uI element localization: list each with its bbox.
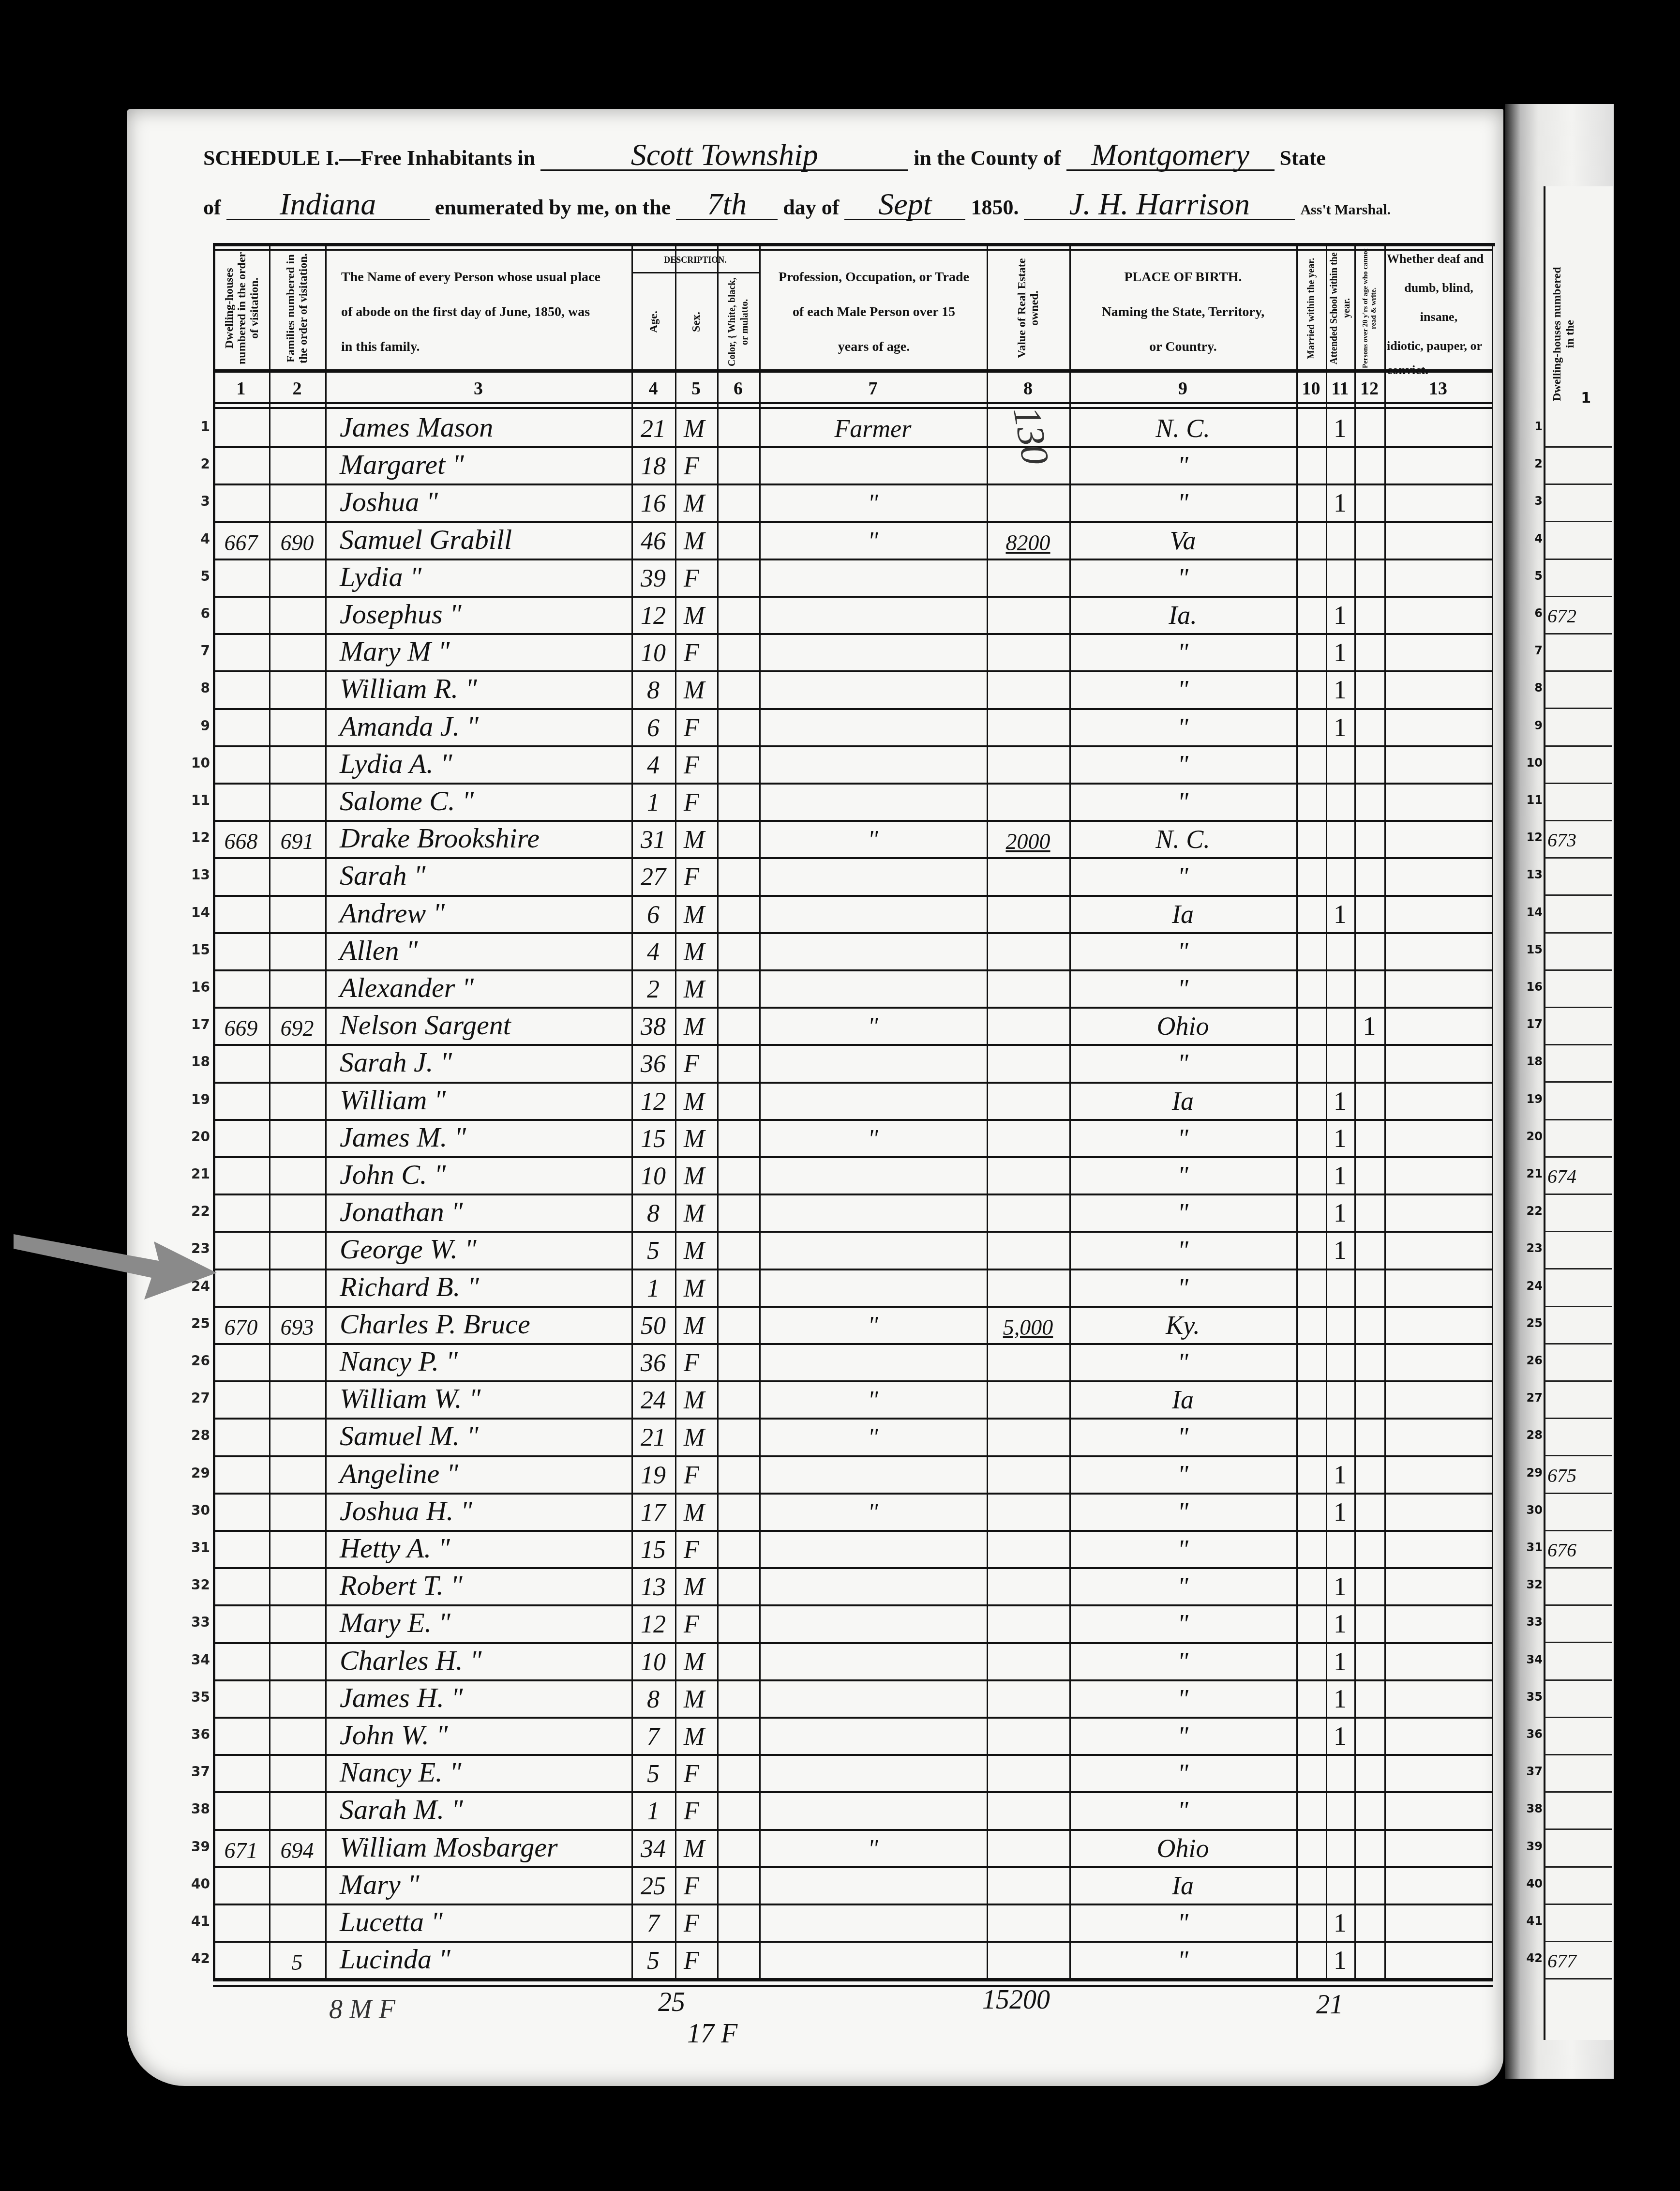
cell-name: Mary E. " [325, 1604, 631, 1642]
cell-name: James Mason [325, 409, 631, 446]
cell-married [1296, 1418, 1326, 1455]
cell-illiterate [1354, 559, 1384, 596]
footer-tally-mid: 17 F [687, 2018, 737, 2049]
cell-occupation [759, 1044, 987, 1081]
cell-dwelling [213, 895, 269, 932]
cell-value: 5,000 [987, 1306, 1069, 1343]
cell-school [1326, 446, 1354, 484]
cell-occupation [759, 446, 987, 484]
cell-name: Nancy P. " [325, 1343, 631, 1380]
cell-name: Lydia A. " [325, 745, 631, 783]
cell-sex: M [675, 1306, 717, 1343]
cell-dwelling [213, 1941, 269, 1978]
cell-married [1296, 559, 1326, 596]
cell-age: 4 [631, 932, 675, 969]
cell-family [269, 895, 325, 932]
header-school: Attended School within the year. [1327, 248, 1353, 369]
adjacent-row-rule [1545, 1604, 1612, 1606]
adjacent-line-number: 23 [1519, 1241, 1543, 1255]
adjacent-row-rule [1545, 969, 1612, 971]
line-number: 26 [180, 1353, 210, 1369]
cell-school: 1 [1326, 1941, 1354, 1978]
cell-age: 46 [631, 521, 675, 559]
cell-illiterate [1354, 857, 1384, 894]
header-sex: Sex. [676, 276, 716, 368]
cell-school: 1 [1326, 1604, 1354, 1642]
column-number: 9 [1069, 375, 1296, 402]
line-number: 15 [180, 942, 210, 958]
cell-sex: M [675, 932, 717, 969]
cell-family: 692 [269, 1007, 325, 1044]
cell-dwelling [213, 1343, 269, 1380]
header-condition: Whether deaf and dumb, blind, insane, id… [1387, 259, 1491, 365]
cell-condition [1384, 484, 1492, 521]
cell-age: 10 [631, 1642, 675, 1679]
cell-school: 1 [1326, 1642, 1354, 1679]
cell-married [1296, 1493, 1326, 1530]
line-number: 34 [180, 1652, 210, 1668]
column-number: 7 [759, 375, 987, 402]
cell-dwelling [213, 745, 269, 783]
cell-dwelling [213, 932, 269, 969]
county-label: in the County of [914, 146, 1061, 170]
adjacent-line-number: 39 [1519, 1840, 1543, 1853]
adjacent-dwelling-value: 676 [1547, 1539, 1576, 1561]
cell-dwelling [213, 484, 269, 521]
cell-dwelling [213, 1231, 269, 1268]
cell-illiterate [1354, 1380, 1384, 1418]
state-field: Indiana [226, 190, 430, 220]
cell-sex: F [675, 1754, 717, 1791]
cell-dwelling [213, 1754, 269, 1791]
cell-name: Sarah M. " [325, 1791, 631, 1828]
column-number: 3 [325, 375, 631, 402]
header-family: Families numbered in the order of visita… [270, 248, 324, 369]
cell-married [1296, 1530, 1326, 1567]
month-field: Sept [844, 190, 965, 220]
cell-married [1296, 1231, 1326, 1268]
cell-illiterate [1354, 1717, 1384, 1754]
cell-family [269, 1679, 325, 1717]
adjacent-row-rule [1545, 708, 1612, 709]
line-number: 2 [180, 456, 210, 472]
cell-age: 10 [631, 633, 675, 670]
line-number: 19 [180, 1091, 210, 1107]
cell-name: Sarah " [325, 857, 631, 894]
cell-condition [1384, 1642, 1492, 1679]
cell-condition [1384, 1493, 1492, 1530]
cell-birthplace: Ky. [1069, 1306, 1296, 1343]
cell-married [1296, 1941, 1326, 1978]
cell-sex: F [675, 1455, 717, 1493]
header-top-rule [213, 243, 1495, 246]
cell-condition [1384, 1418, 1492, 1455]
cell-illiterate [1354, 1679, 1384, 1717]
cell-illiterate [1354, 409, 1384, 446]
cell-married [1296, 1717, 1326, 1754]
cell-birthplace: " [1069, 1941, 1296, 1978]
cell-dwelling [213, 446, 269, 484]
cell-family [269, 783, 325, 820]
cell-name: Richard B. " [325, 1269, 631, 1306]
cell-family [269, 446, 325, 484]
cell-school [1326, 820, 1354, 857]
adjacent-line-number: 38 [1519, 1802, 1543, 1815]
cell-married [1296, 1082, 1326, 1119]
cell-birthplace: " [1069, 1754, 1296, 1791]
cell-illiterate [1354, 1082, 1384, 1119]
cell-school: 1 [1326, 1455, 1354, 1493]
cell-married [1296, 1156, 1326, 1194]
cell-illiterate [1354, 1567, 1384, 1604]
line-number: 12 [180, 830, 210, 846]
cell-occupation: " [759, 1418, 987, 1455]
line-number: 5 [180, 568, 210, 584]
line-number: 27 [180, 1390, 210, 1406]
cell-family [269, 1194, 325, 1231]
cell-dwelling [213, 1418, 269, 1455]
cell-value [987, 783, 1069, 820]
cell-sex: M [675, 1567, 717, 1604]
cell-condition [1384, 1754, 1492, 1791]
cell-name: Alexander " [325, 969, 631, 1007]
cell-sex: M [675, 1119, 717, 1156]
cell-occupation [759, 633, 987, 670]
column-number: 8 [987, 375, 1069, 402]
cell-value [987, 1493, 1069, 1530]
cell-value [987, 1269, 1069, 1306]
adjacent-row-rule [1545, 857, 1612, 859]
cell-value [987, 670, 1069, 708]
cell-condition [1384, 1044, 1492, 1081]
cell-age: 36 [631, 1044, 675, 1081]
cell-value [987, 1530, 1069, 1567]
marshal-label: Ass't Marshal. [1300, 202, 1391, 218]
cell-condition [1384, 670, 1492, 708]
line-number: 29 [180, 1465, 210, 1481]
cell-value [987, 1941, 1069, 1978]
cell-married [1296, 1567, 1326, 1604]
pointer-arrow-icon [14, 1215, 217, 1302]
cell-family [269, 1604, 325, 1642]
cell-married [1296, 1343, 1326, 1380]
cell-sex: M [675, 1269, 717, 1306]
cell-condition [1384, 633, 1492, 670]
line-number: 40 [180, 1876, 210, 1892]
cell-occupation [759, 1604, 987, 1642]
cell-birthplace: Ohio [1069, 1829, 1296, 1866]
adjacent-row-rule [1545, 1530, 1612, 1531]
cell-married [1296, 1007, 1326, 1044]
cell-condition [1384, 1679, 1492, 1717]
county-field: Montgomery [1066, 140, 1275, 171]
cell-birthplace: Ia [1069, 1082, 1296, 1119]
cell-dwelling [213, 1642, 269, 1679]
adjacent-line-number: 32 [1519, 1578, 1543, 1591]
cell-illiterate [1354, 484, 1384, 521]
adjacent-line-number: 37 [1519, 1765, 1543, 1778]
cell-age: 2 [631, 969, 675, 1007]
cell-illiterate [1354, 670, 1384, 708]
cell-occupation [759, 1642, 987, 1679]
line-number: 1 [180, 419, 210, 435]
adjacent-row-rule [1545, 1007, 1612, 1008]
cell-age: 7 [631, 1904, 675, 1941]
marshal-signature: J. H. Harrison [1024, 190, 1295, 220]
line-number: 30 [180, 1502, 210, 1518]
column-number: 13 [1384, 375, 1492, 402]
cell-occupation [759, 670, 987, 708]
adjacent-line-number: 5 [1519, 569, 1543, 583]
adjacent-line-number: 30 [1519, 1503, 1543, 1517]
adjacent-row-rule [1545, 1904, 1612, 1905]
line-number: 41 [180, 1913, 210, 1929]
header-occupation: Profession, Occupation, or Trade of each… [762, 259, 986, 365]
cell-age: 21 [631, 1418, 675, 1455]
cell-dwelling [213, 857, 269, 894]
adjacent-row-rule [1545, 1978, 1612, 1979]
cell-condition [1384, 1343, 1492, 1380]
line-number: 38 [180, 1801, 210, 1817]
adjacent-line-number: 13 [1519, 868, 1543, 881]
cell-condition [1384, 1156, 1492, 1194]
cell-dwelling [213, 1904, 269, 1941]
cell-age: 6 [631, 708, 675, 745]
cell-sex: F [675, 1604, 717, 1642]
cell-dwelling [213, 1455, 269, 1493]
cell-condition [1384, 783, 1492, 820]
cell-occupation [759, 1567, 987, 1604]
cell-illiterate [1354, 820, 1384, 857]
adjacent-line-number: 4 [1519, 532, 1543, 545]
cell-sex: M [675, 484, 717, 521]
cell-occupation [759, 1455, 987, 1493]
cell-family [269, 1866, 325, 1904]
cell-sex: M [675, 1717, 717, 1754]
cell-occupation [759, 895, 987, 932]
cell-value [987, 1007, 1069, 1044]
cell-school: 1 [1326, 1082, 1354, 1119]
cell-name: Jonathan " [325, 1194, 631, 1231]
line-number: 11 [180, 792, 210, 808]
cell-school: 1 [1326, 1231, 1354, 1268]
cell-name: Salome C. " [325, 783, 631, 820]
day-of-label: day of [783, 196, 839, 219]
cell-occupation [759, 559, 987, 596]
cell-married [1296, 670, 1326, 708]
cell-birthplace: Ia. [1069, 596, 1296, 633]
cell-family [269, 596, 325, 633]
cell-dwelling [213, 783, 269, 820]
cell-age: 21 [631, 409, 675, 446]
cell-dwelling [213, 1269, 269, 1306]
adjacent-line-number: 3 [1519, 494, 1543, 508]
cell-value [987, 745, 1069, 783]
cell-name: James M. " [325, 1119, 631, 1156]
cell-illiterate [1354, 1343, 1384, 1380]
cell-family: 691 [269, 820, 325, 857]
cell-birthplace: " [1069, 446, 1296, 484]
header-age: Age. [633, 276, 674, 368]
cell-married [1296, 1866, 1326, 1904]
cell-value [987, 633, 1069, 670]
line-number: 36 [180, 1726, 210, 1742]
cell-condition [1384, 1904, 1492, 1941]
cell-condition [1384, 708, 1492, 745]
cell-name: Nancy E. " [325, 1754, 631, 1791]
cell-condition [1384, 446, 1492, 484]
cell-value [987, 1194, 1069, 1231]
cell-name: Allen " [325, 932, 631, 969]
cell-age: 16 [631, 484, 675, 521]
cell-occupation: " [759, 521, 987, 559]
cell-birthplace: N. C. [1069, 820, 1296, 857]
cell-school: 1 [1326, 1717, 1354, 1754]
cell-married [1296, 783, 1326, 820]
cell-value [987, 969, 1069, 1007]
cell-dwelling [213, 1604, 269, 1642]
cell-illiterate [1354, 1604, 1384, 1642]
cell-sex: F [675, 1044, 717, 1081]
adjacent-row-rule [1545, 633, 1612, 635]
cell-school: 1 [1326, 1156, 1354, 1194]
cell-sex: M [675, 596, 717, 633]
line-number: 3 [180, 493, 210, 509]
cell-married [1296, 820, 1326, 857]
cell-sex: F [675, 446, 717, 484]
cell-dwelling [213, 1493, 269, 1530]
cell-birthplace: " [1069, 1642, 1296, 1679]
cell-age: 1 [631, 783, 675, 820]
cell-birthplace: " [1069, 1604, 1296, 1642]
cell-condition [1384, 1380, 1492, 1418]
cell-age: 27 [631, 857, 675, 894]
cell-illiterate [1354, 1493, 1384, 1530]
cell-family [269, 1530, 325, 1567]
line-number: 21 [180, 1166, 210, 1182]
cell-married [1296, 596, 1326, 633]
cell-family [269, 1119, 325, 1156]
cell-family [269, 670, 325, 708]
cell-sex: M [675, 1493, 717, 1530]
line-number: 39 [180, 1839, 210, 1855]
cell-birthplace: " [1069, 1418, 1296, 1455]
line-number: 14 [180, 905, 210, 921]
adjacent-row-rule [1545, 596, 1612, 597]
line-number: 42 [180, 1950, 210, 1966]
cell-family [269, 1343, 325, 1380]
cell-name: Amanda J. " [325, 708, 631, 745]
cell-school: 1 [1326, 596, 1354, 633]
adjacent-line-number: 8 [1519, 681, 1543, 695]
cell-birthplace: Ohio [1069, 1007, 1296, 1044]
cell-occupation: " [759, 1306, 987, 1343]
adjacent-row-rule [1545, 1231, 1612, 1232]
adjacent-line-number: 10 [1519, 756, 1543, 770]
cell-married [1296, 969, 1326, 1007]
cell-school [1326, 1418, 1354, 1455]
cell-illiterate [1354, 1530, 1384, 1567]
cell-married [1296, 521, 1326, 559]
cell-family [269, 484, 325, 521]
cell-sex: M [675, 1007, 717, 1044]
cell-dwelling [213, 708, 269, 745]
year-label: 1850. [971, 196, 1019, 219]
cell-name: Drake Brookshire [325, 820, 631, 857]
adjacent-row-rule [1545, 820, 1612, 821]
cell-occupation [759, 1530, 987, 1567]
cell-birthplace: Ia [1069, 1380, 1296, 1418]
cell-condition [1384, 1604, 1492, 1642]
cell-dwelling: 671 [213, 1829, 269, 1866]
cell-condition [1384, 1082, 1492, 1119]
cell-name: William W. " [325, 1380, 631, 1418]
cell-age: 7 [631, 1717, 675, 1754]
cell-value: 8200 [987, 521, 1069, 559]
adjacent-line-number: 29 [1519, 1466, 1543, 1480]
cell-condition [1384, 1567, 1492, 1604]
cell-name: William Mosbarger [325, 1829, 631, 1866]
cell-value [987, 895, 1069, 932]
adjacent-line-number: 33 [1519, 1615, 1543, 1629]
header-birthplace: PLACE OF BIRTH. Naming the State, Territ… [1071, 259, 1295, 365]
cell-sex: M [675, 820, 717, 857]
cell-family [269, 857, 325, 894]
column-number-rule [213, 402, 1493, 404]
cell-name: John C. " [325, 1156, 631, 1194]
cell-occupation [759, 857, 987, 894]
cell-sex: F [675, 1904, 717, 1941]
column-number: 5 [675, 375, 717, 402]
cell-family [269, 745, 325, 783]
cell-school: 1 [1326, 1194, 1354, 1231]
cell-occupation: " [759, 1829, 987, 1866]
description-rule [631, 272, 759, 273]
cell-sex: M [675, 409, 717, 446]
cell-dwelling [213, 1044, 269, 1081]
cell-age: 1 [631, 1791, 675, 1828]
adjacent-row-rule [1545, 1343, 1612, 1345]
cell-occupation [759, 1343, 987, 1380]
cell-age: 18 [631, 446, 675, 484]
cell-age: 50 [631, 1306, 675, 1343]
cell-value [987, 559, 1069, 596]
line-number: 16 [180, 979, 210, 995]
header-real-estate: Value of Real Estate owned. [988, 248, 1068, 369]
cell-illiterate [1354, 1269, 1384, 1306]
cell-illiterate [1354, 1829, 1384, 1866]
cell-birthplace: " [1069, 1679, 1296, 1717]
cell-age: 5 [631, 1941, 675, 1978]
cell-illiterate [1354, 745, 1384, 783]
cell-condition [1384, 559, 1492, 596]
adjacent-row-rule [1545, 521, 1612, 522]
cell-illiterate [1354, 969, 1384, 1007]
cell-name: Samuel M. " [325, 1418, 631, 1455]
adjacent-row-rule [1545, 1380, 1612, 1382]
cell-occupation [759, 745, 987, 783]
header-color: Color, { White, black, or mulatto. [719, 276, 758, 368]
line-number: 8 [180, 680, 210, 696]
cell-family [269, 1418, 325, 1455]
cell-condition [1384, 1231, 1492, 1268]
footer-total-school: 21 [1316, 1989, 1343, 2020]
cell-school: 1 [1326, 633, 1354, 670]
line-number: 13 [180, 867, 210, 883]
cell-married [1296, 484, 1326, 521]
cell-birthplace: " [1069, 1231, 1296, 1268]
cell-condition [1384, 521, 1492, 559]
